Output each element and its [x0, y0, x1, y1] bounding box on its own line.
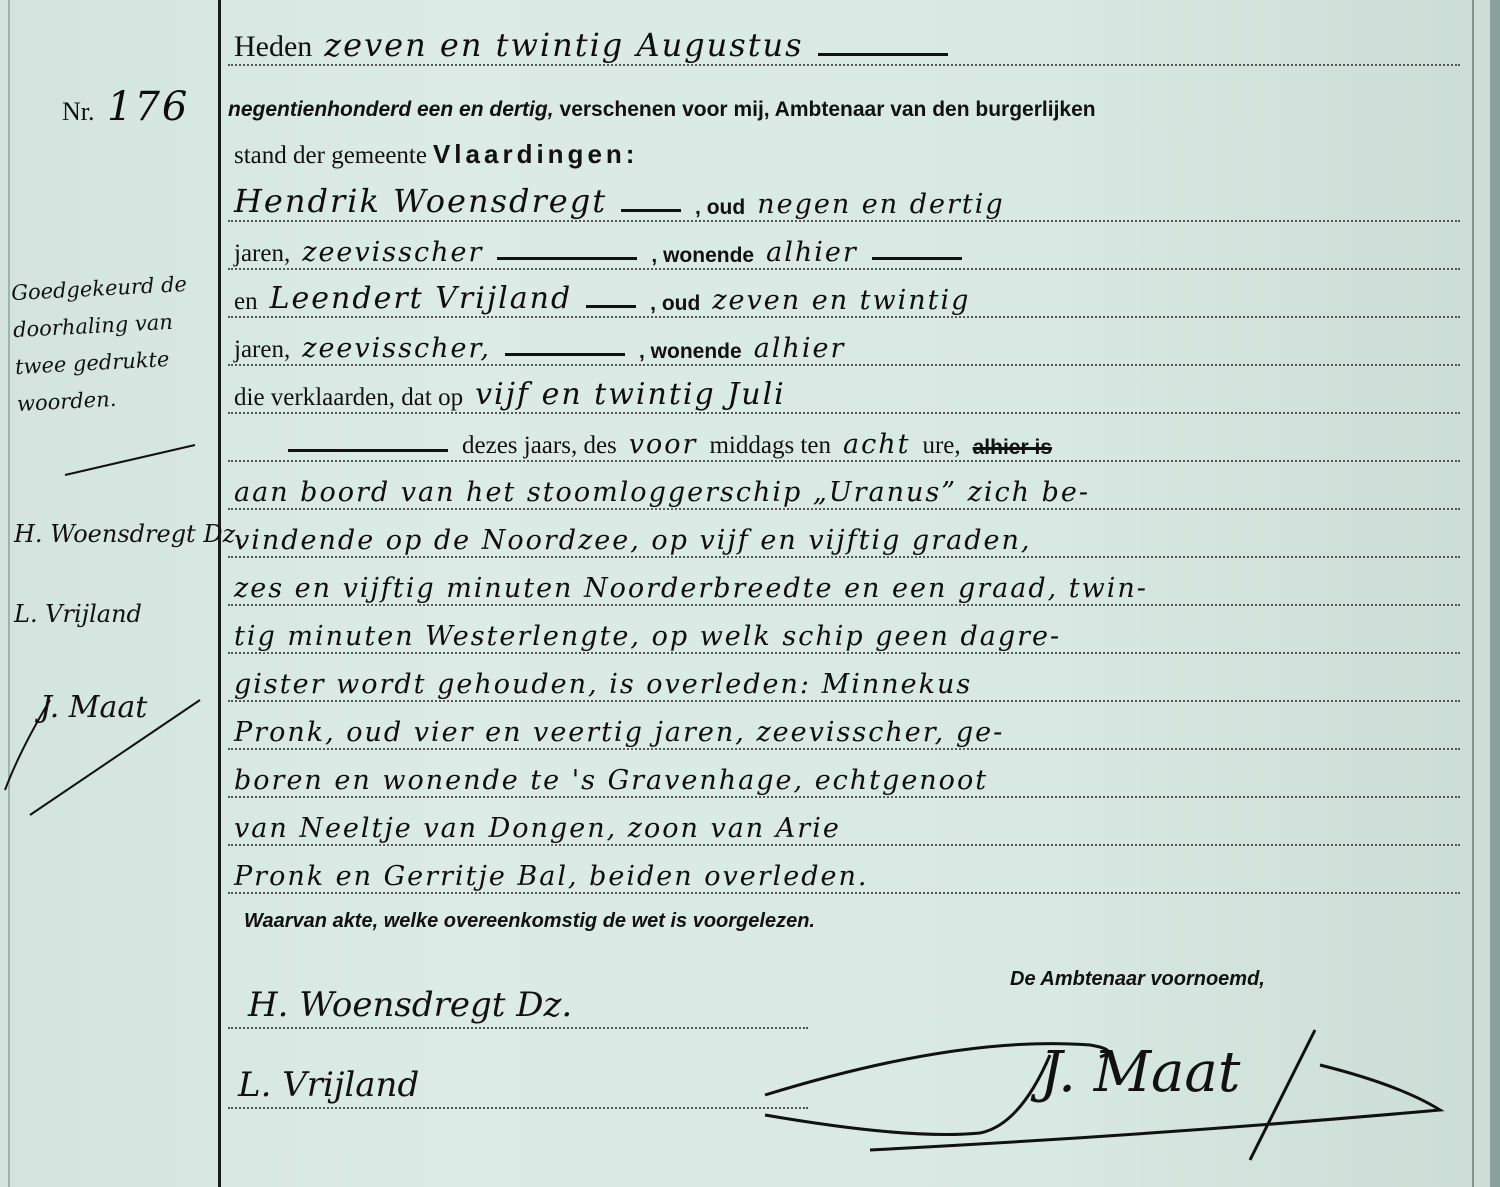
printed-appearance: verschenen voor mij, Ambtenaar van den b…	[554, 98, 1102, 122]
record-number-value: 176	[101, 84, 195, 130]
filler-dash	[818, 53, 948, 56]
handwritten-date-text: zeven en twintig Augustus	[318, 26, 809, 64]
margin-annotation: Goedgekeurd de doorhaling van twee gedru…	[10, 265, 212, 423]
line-declarant-2: en Leendert Vrijland , oud zeven en twin…	[228, 272, 1460, 318]
line-declarant-1-details: jaren, zeevisscher , wonende alhier	[228, 224, 1460, 270]
line-handwritten: van Neeltje van Dongen, zoon van Arie	[228, 800, 1460, 846]
line-municipality: stand der gemeente Vlaardingen:	[228, 126, 1460, 170]
line-death-date: die verklaarden, dat op vijf en twintig …	[228, 368, 1460, 414]
printed-dezes-jaars: dezes jaars, des	[456, 432, 623, 460]
line-declarant-2-details: jaren, zeevisscher, , wonende alhier	[228, 320, 1460, 366]
printed-heden: Heden	[228, 30, 318, 64]
official-signature: J. Maat	[1040, 1040, 1240, 1105]
line-handwritten: vindende op de Noordzee, op vijf en vijf…	[228, 512, 1460, 558]
declarant-2-residence: alhier	[748, 333, 852, 364]
death-place-text: aan boord van het stoomloggerschip „Uran…	[228, 477, 1096, 508]
witness-signature-text: H. Woensdregt Dz.	[228, 985, 572, 1025]
page-edge-line	[8, 0, 10, 1187]
declarant-2-name: Leendert Vrijland	[264, 281, 579, 316]
printed-middags: middags ten	[703, 432, 837, 460]
printed-wonende: , wonende	[645, 244, 760, 268]
spouse-parent-text: van Neeltje van Dongen, zoon van Arie	[228, 813, 847, 844]
declarant-1-occupation: zeevisscher	[296, 237, 489, 268]
printed-oud: , oud	[689, 196, 751, 220]
death-hour: acht	[837, 429, 916, 460]
printed-year: negentienhonderd een en dertig,	[228, 98, 554, 122]
margin-underline-stroke	[60, 440, 200, 480]
line-handwritten: aan boord van het stoomloggerschip „Uran…	[228, 464, 1460, 510]
struck-printed-words: alhier is	[967, 436, 1058, 460]
printed-stand: stand der gemeente	[228, 142, 433, 170]
printed-ure: ure,	[916, 432, 966, 460]
closing-statement: Waarvan akte, welke overeenkomstig de we…	[244, 910, 815, 933]
death-am-pm: voor	[623, 429, 704, 460]
line-handwritten: tig minuten Westerlengte, op welk schip …	[228, 608, 1460, 654]
line-handwritten: gister wordt gehouden, is overleden: Min…	[228, 656, 1460, 702]
witness-signature-vrijland: L. Vrijland	[228, 1065, 808, 1109]
deceased-details: Pronk, oud vier en veertig jaren, zeevis…	[228, 717, 1010, 748]
coordinates-text: tig minuten Westerlengte, op welk schip …	[228, 621, 1067, 652]
margin-signature-woensdregt: H. Woensdregt Dz.	[14, 520, 243, 548]
parents-text: Pronk en Gerritje Bal, beiden overleden.	[228, 861, 875, 892]
line-death-time: dezes jaars, des voor middags ten acht u…	[228, 416, 1460, 462]
line-date: Heden zeven en twintig Augustus	[228, 20, 1460, 66]
official-title: De Ambtenaar voornoemd,	[1010, 968, 1265, 991]
margin-signature-vrijland: L. Vrijland	[14, 600, 142, 628]
line-declarant-1: Hendrik Woensdregt , oud negen en dertig	[228, 176, 1460, 222]
filler-dash	[497, 257, 637, 260]
municipality-name: Vlaardingen:	[433, 139, 638, 170]
witness-signature-text: L. Vrijland	[228, 1065, 419, 1105]
declarant-1-name: Hendrik Woensdregt	[228, 182, 613, 220]
record-number-label: Nr.	[62, 97, 95, 126]
filler-dash	[621, 209, 681, 212]
printed-verklaarden: die verklaarden, dat op	[228, 384, 469, 412]
coordinates-text: zes en vijftig minuten Noorderbreedte en…	[228, 573, 1154, 604]
printed-jaren: jaren,	[228, 240, 296, 268]
filler-dash	[288, 449, 448, 452]
margin-rule	[218, 0, 221, 1187]
line-handwritten: Pronk en Gerritje Bal, beiden overleden.	[228, 848, 1460, 894]
printed-wonende: , wonende	[633, 340, 748, 364]
declarant-2-occupation: zeevisscher,	[296, 333, 497, 364]
deceased-details: boren en wonende te 's Gravenhage, echtg…	[228, 765, 994, 796]
line-handwritten: zes en vijftig minuten Noorderbreedte en…	[228, 560, 1460, 606]
witness-signature-woensdregt: H. Woensdregt Dz.	[228, 985, 808, 1029]
page-binding-edge	[1490, 0, 1500, 1187]
civil-registry-page: Nr. 176 Goedgekeurd de doorhaling van tw…	[0, 0, 1500, 1187]
declarant-1-residence: alhier	[760, 237, 864, 268]
death-place-text: vindende op de Noordzee, op vijf en vijf…	[228, 525, 1037, 556]
line-handwritten: Pronk, oud vier en veertig jaren, zeevis…	[228, 704, 1460, 750]
death-date: vijf en twintig Juli	[469, 377, 792, 412]
printed-en: en	[228, 288, 264, 316]
margin-signature-flourish	[0, 660, 210, 820]
deceased-text: gister wordt gehouden, is overleden: Min…	[228, 669, 978, 700]
filler-dash	[505, 353, 625, 356]
line-year: negentienhonderd een en dertig, verschen…	[228, 78, 1460, 122]
declarant-1-age: negen en dertig	[751, 189, 1011, 220]
declarant-2-age: zeven en twintig	[706, 285, 976, 316]
printed-jaren: jaren,	[228, 336, 296, 364]
record-number: Nr. 176	[62, 84, 195, 130]
line-handwritten: boren en wonende te 's Gravenhage, echtg…	[228, 752, 1460, 798]
printed-oud: , oud	[644, 292, 706, 316]
filler-dash	[872, 257, 962, 260]
filler-dash	[586, 305, 636, 308]
right-border-line	[1472, 0, 1474, 1187]
